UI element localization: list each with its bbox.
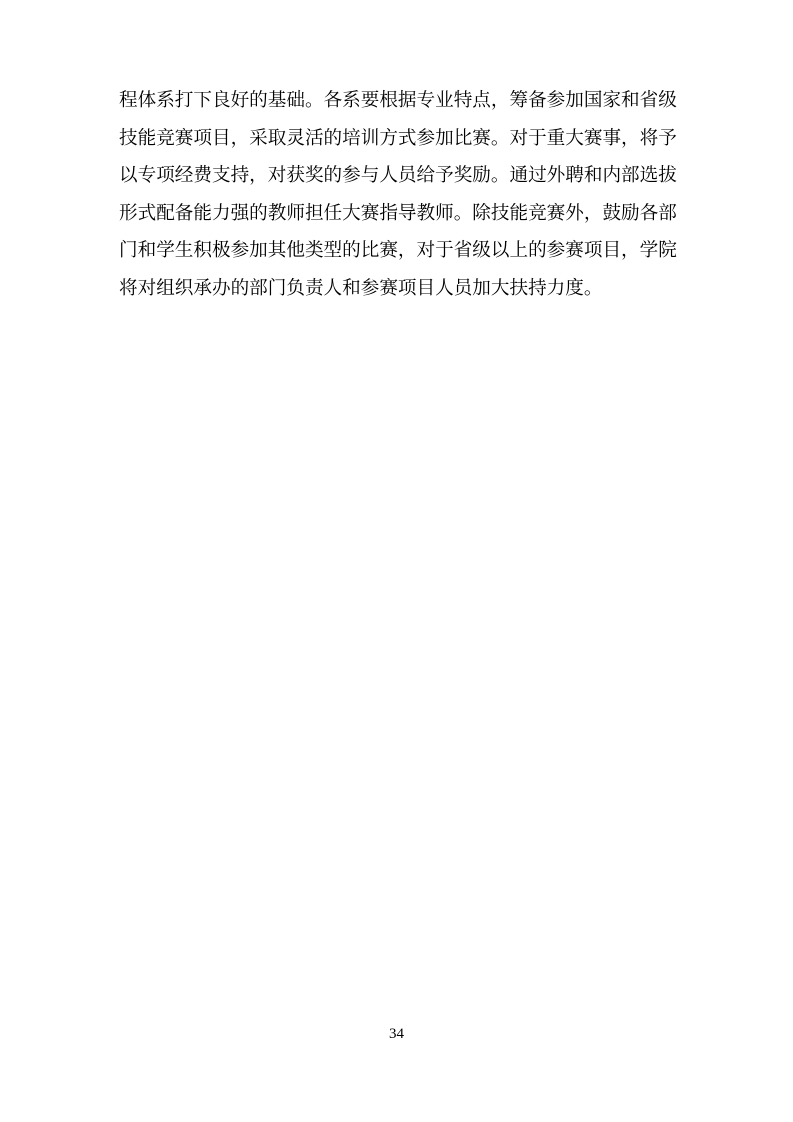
body-text-paragraph: 程体系打下良好的基础。各系要根据专业特点，筹备参加国家和省级 技能竞赛项目，采取… [119,82,681,308]
text-line: 形式配备能力强的教师担任大赛指导教师。除技能竞赛外，鼓励各部 [119,195,681,233]
text-line: 以专项经费支持，对获奖的参与人员给予奖励。通过外聘和内部选拔 [119,157,681,195]
document-page: 程体系打下良好的基础。各系要根据专业特点，筹备参加国家和省级 技能竞赛项目，采取… [0,0,793,1122]
text-line: 程体系打下良好的基础。各系要根据专业特点，筹备参加国家和省级 [119,82,681,120]
text-line: 技能竞赛项目，采取灵活的培训方式参加比赛。对于重大赛事，将予 [119,120,681,158]
page-number: 34 [0,1024,793,1044]
text-line: 将对组织承办的部门负责人和参赛项目人员加大扶持力度。 [119,270,681,308]
text-line: 门和学生积极参加其他类型的比赛，对于省级以上的参赛项目，学院 [119,232,681,270]
